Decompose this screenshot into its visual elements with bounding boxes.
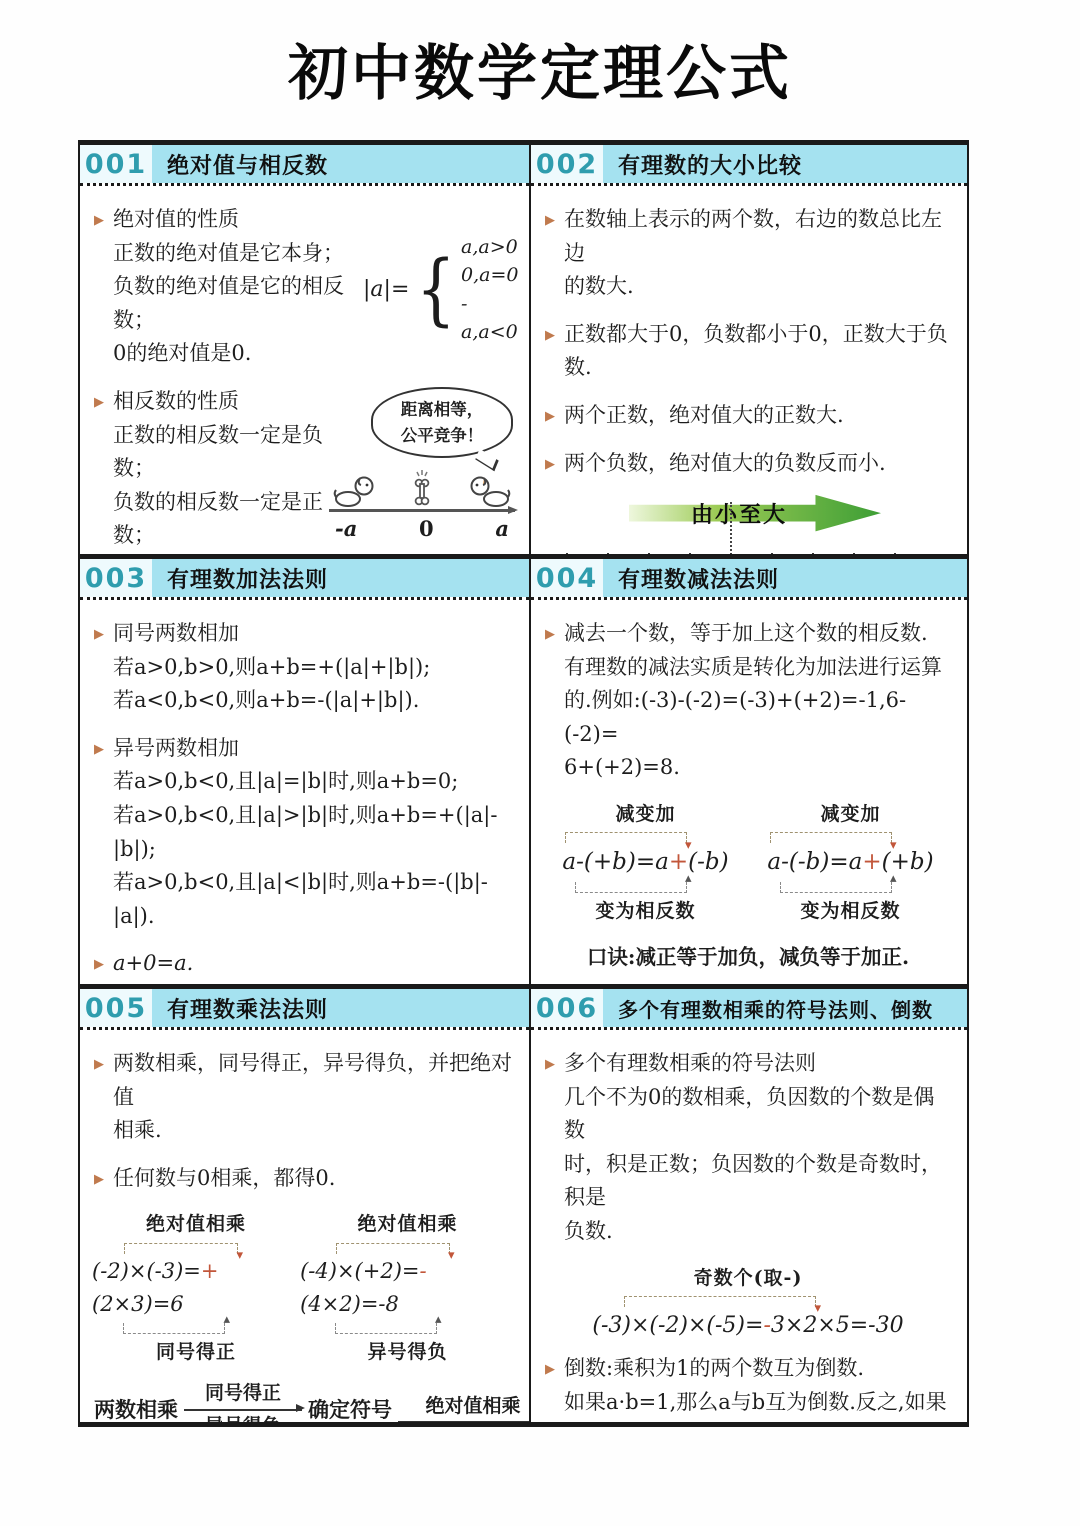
flow-mid: 确定符号 xyxy=(308,1393,392,1422)
highlighted-sign: + xyxy=(201,1259,219,1283)
zero-dotted-line xyxy=(730,502,732,554)
text-line: 异号两数相加 xyxy=(113,732,515,766)
tick-mark xyxy=(894,553,896,554)
green-arrow-label: 由小至大 xyxy=(691,498,787,533)
bullet-triangle-icon: ▶ xyxy=(94,740,104,934)
arrow-line-icon xyxy=(398,1421,531,1422)
formula-line: 如果a·b=1,那么a与b互为倒数.反之,如果 xyxy=(564,1386,953,1420)
bubble-text: 距离相等， xyxy=(383,397,501,423)
diagram-formula: (-3)×(-2)×(-5)=-3×2×5=-30 xyxy=(592,1308,903,1343)
formula-line: a+0=a. xyxy=(113,947,515,981)
label-zero: 0 xyxy=(419,512,434,546)
section-number: 002 xyxy=(531,145,603,183)
tick-mark xyxy=(648,553,650,554)
diagram-formula: a-(-b)=a+(+b) xyxy=(767,844,933,881)
flow-arrow-2: 绝对值相乘 xyxy=(398,1394,531,1422)
text-line: 减去一个数，等于加上这个数的相反数. xyxy=(564,617,953,651)
diagram-formula: (-2)×(-3)=+(2×3)=6 xyxy=(92,1255,300,1322)
bubble-text: 公平竞争！ xyxy=(383,423,501,449)
tick-mark xyxy=(566,553,568,554)
text-line: 同号两数相加 xyxy=(113,617,515,651)
down-arrow-icon: ▾ xyxy=(890,836,897,857)
bullet-item: ▶ 多个有理数相乘的符号法则 几个不为0的数相乘，负因数的个数是偶数 时，积是正… xyxy=(543,1047,953,1249)
label-a: a xyxy=(495,512,509,546)
down-arrow-icon: ▾ xyxy=(448,1246,455,1267)
section-004: 004 有理数减法法则 ▶ 减去一个数，等于加上这个数的相反数. 有理数的减法实… xyxy=(531,559,967,984)
text-line: 绝对值的性质 xyxy=(113,203,363,237)
text-line: 0的绝对值是0. xyxy=(113,337,363,371)
text-line: 两个负数，绝对值大的负数反而小. xyxy=(564,447,953,481)
bullet-triangle-icon: ▶ xyxy=(545,1055,555,1249)
text-line: 时，积是正数；负因数的个数是奇数时，积是 xyxy=(564,1148,953,1215)
dog-icon-right xyxy=(469,472,513,508)
bottom-bracket: ▴ xyxy=(123,1323,225,1334)
bullet-triangle-icon: ▶ xyxy=(94,393,104,554)
bullet-item: ▶ 相反数的性质 正数的相反数一定是负数； 负数的相反数一定是正数； 0的相反数… xyxy=(92,385,515,554)
dogs-and-bone-scene xyxy=(329,466,515,508)
diagram-diff-sign: 绝对值相乘 ▾ (-4)×(+2)=-(4×2)=-8 ▴ 异号得负 xyxy=(300,1209,515,1367)
formula-line: 6+(+2)=8. xyxy=(564,751,953,785)
bullet-triangle-icon: ▶ xyxy=(94,1170,104,1196)
bullet-triangle-icon: ▶ xyxy=(545,211,555,304)
section-003: 003 有理数加法法则 ▶ 同号两数相加 若a>0,b>0,则a+b=+(|a|… xyxy=(80,559,531,984)
arrow-bottom-label: 异号得负 xyxy=(205,1414,281,1422)
number-line xyxy=(329,509,515,512)
text-line: 任何数与0相乘，都得0. xyxy=(113,1162,515,1196)
diagram-bottom-label: 异号得负 xyxy=(368,1337,448,1367)
speech-bubble: 距离相等， 公平竞争！ xyxy=(371,387,513,458)
section-005-header: 005 有理数乘法法则 xyxy=(80,989,529,1030)
tick-mark xyxy=(689,553,691,554)
row-3: 005 有理数乘法法则 ▶ 两数相乘，同号得正，异号得负，并把绝对值 相乘. ▶… xyxy=(80,984,967,1422)
section-number: 003 xyxy=(80,559,152,597)
bullet-triangle-icon: ▶ xyxy=(94,955,104,981)
row-1: 001 绝对值与相反数 ▶ 绝对值的性质 正数的绝对值是它本身； 负数的绝对值是… xyxy=(80,140,967,554)
text-line: 有理数的减法实质是转化为加法进行运算 xyxy=(564,651,953,685)
text-line: 负数. xyxy=(564,1215,953,1249)
tick-mark xyxy=(730,553,732,554)
bullet-item: ▶ 两数相乘，同号得正，异号得负，并把绝对值 相乘. xyxy=(92,1047,515,1148)
dog-icon-left xyxy=(331,472,375,508)
bullet-triangle-icon: ▶ xyxy=(545,1360,555,1422)
section-001-content: ▶ 绝对值的性质 正数的绝对值是它本身； 负数的绝对值是它的相反数； 0的绝对值… xyxy=(80,186,529,554)
formula-line: 若a>0,b>0,则a+b=+(|a|+|b|); xyxy=(113,651,515,685)
section-005-content: ▶ 两数相乘，同号得正，异号得负，并把绝对值 相乘. ▶ 任何数与0相乘，都得0… xyxy=(80,1030,529,1422)
arrow-top-label: 绝对值相乘 xyxy=(425,1394,520,1419)
diagram-minus-plus-b: 减变加 ▾ a-(+b)=a+(-b) ▴ 变为相反数 xyxy=(562,799,728,927)
bullet-item: ▶ 倒数:乘积为1的两个数互为倒数. 如果a·b=1,那么a与b互为倒数.反之,… xyxy=(543,1352,953,1422)
tick-mark xyxy=(812,553,814,554)
text-line: 多个有理数相乘的符号法则 xyxy=(564,1047,953,1081)
text-line: 在数轴上表示的两个数，右边的数总比左边 xyxy=(564,203,953,270)
down-arrow-icon: ▾ xyxy=(814,1299,821,1320)
formula-grid: 001 绝对值与相反数 ▶ 绝对值的性质 正数的绝对值是它本身； 负数的绝对值是… xyxy=(78,140,969,1427)
diagram-bottom-label: 变为相反数 xyxy=(595,896,695,926)
bullet-item: ▶ 同号两数相加 若a>0,b>0,则a+b=+(|a|+|b|); 若a<0,… xyxy=(92,617,515,718)
section-number: 006 xyxy=(531,989,603,1027)
section-006: 006 多个有理数相乘的符号法则、倒数 ▶ 多个有理数相乘的符号法则 几个不为0… xyxy=(531,989,967,1422)
text-line: 的数大. xyxy=(564,270,953,304)
down-arrow-icon: ▾ xyxy=(237,1246,244,1267)
section-001-header: 001 绝对值与相反数 xyxy=(80,145,529,186)
arrow-top-label: 同号得正 xyxy=(205,1381,281,1406)
section-003-header: 003 有理数加法法则 xyxy=(80,559,529,600)
section-004-content: ▶ 减去一个数，等于加上这个数的相反数. 有理数的减法实质是转化为加法进行运算 … xyxy=(531,600,967,973)
bullet-triangle-icon: ▶ xyxy=(545,455,555,481)
bullet-triangle-icon: ▶ xyxy=(94,211,104,371)
top-bracket: ▾ xyxy=(124,1243,238,1254)
section-006-content: ▶ 多个有理数相乘的符号法则 几个不为0的数相乘，负因数的个数是偶数 时，积是正… xyxy=(531,1030,967,1422)
bullet-triangle-icon: ▶ xyxy=(94,625,104,718)
section-title: 有理数加法法则 xyxy=(152,559,529,597)
section-002-header: 002 有理数的大小比较 xyxy=(531,145,967,186)
diagram-formula: a-(+b)=a+(-b) xyxy=(562,844,728,881)
section-005: 005 有理数乘法法则 ▶ 两数相乘，同号得正，异号得负，并把绝对值 相乘. ▶… xyxy=(80,989,531,1422)
top-bracket: ▾ xyxy=(624,1296,816,1307)
multiplication-flow: 两数相乘 同号得正 异号得负 确定符号 绝对值相乘 xyxy=(94,1381,515,1422)
section-number: 001 xyxy=(80,145,152,183)
formula-line: 若a<0,b<0,则a+b=-(|a|+|b|). xyxy=(113,684,515,718)
bottom-bracket: ▴ xyxy=(780,882,892,893)
section-number: 004 xyxy=(531,559,603,597)
odd-negatives-diagram: 奇数个(取-) ▾ (-3)×(-2)×(-5)=-3×2×5=-30 xyxy=(543,1263,953,1344)
case-line: -a,a<0 xyxy=(461,290,518,347)
section-001: 001 绝对值与相反数 ▶ 绝对值的性质 正数的绝对值是它本身； 负数的绝对值是… xyxy=(80,145,531,554)
bullet-item: ▶ 减去一个数，等于加上这个数的相反数. 有理数的减法实质是转化为加法进行运算 … xyxy=(543,617,953,785)
formula-line: a与b互为倒数,那么a·b=1. xyxy=(564,1419,953,1422)
text-line: 正数的相反数一定是负数； xyxy=(113,419,329,486)
seesaw-illustration: 距离相等， 公平竞争！ xyxy=(329,385,515,554)
bullet-item: ▶ 异号两数相加 若a>0,b<0,且|a|=|b|时,则a+b=0; 若a>0… xyxy=(92,732,515,934)
bullet-item: ▶ 任何数与0相乘，都得0. xyxy=(92,1162,515,1196)
bullet-triangle-icon: ▶ xyxy=(545,407,555,433)
section-title: 绝对值与相反数 xyxy=(152,145,529,183)
text-line: 正数都大于0，负数都小于0，正数大于负数. xyxy=(564,318,953,385)
number-line-labels: -a 0 a xyxy=(329,512,515,546)
text-line: 0的相反数仍是0. xyxy=(113,553,329,554)
section-002: 002 有理数的大小比较 ▶ 在数轴上表示的两个数，右边的数总比左边 的数大. … xyxy=(531,145,967,554)
up-arrow-icon: ▴ xyxy=(890,869,897,890)
formula-lhs: |a|= xyxy=(363,272,409,307)
label-neg-a: -a xyxy=(335,512,357,546)
diagram-top-label: 绝对值相乘 xyxy=(358,1209,458,1239)
bullet-triangle-icon: ▶ xyxy=(545,326,555,385)
section-title: 有理数减法法则 xyxy=(603,559,967,597)
diagram-top-label: 减变加 xyxy=(615,799,675,829)
formula-line: 若a>0,b<0,且|a|=|b|时,则a+b=0; xyxy=(113,765,515,799)
diagram-minus-minus-b: 减变加 ▾ a-(-b)=a+(+b) ▴ 变为相反数 xyxy=(767,799,933,927)
up-arrow-icon: ▴ xyxy=(685,869,692,890)
text-line: 负数的绝对值是它的相反数； xyxy=(113,270,363,337)
section-002-content: ▶ 在数轴上表示的两个数，右边的数总比左边 的数大. ▶ 正数都大于0，负数都小… xyxy=(531,186,967,554)
text-line: 几个不为0的数相乘，负因数的个数是偶数 xyxy=(564,1081,953,1148)
text-line: 正数的绝对值是它本身； xyxy=(113,237,363,271)
top-bracket: ▾ xyxy=(336,1243,450,1254)
text-line: 两数相乘，同号得正，异号得负，并把绝对值 xyxy=(113,1047,515,1114)
highlighted-sign: - xyxy=(763,1313,770,1338)
flow-start: 两数相乘 xyxy=(94,1393,178,1422)
text-line: 相乘. xyxy=(113,1114,515,1148)
bullet-item: ▶ 正数都大于0，负数都小于0，正数大于负数. xyxy=(543,318,953,385)
tick-mark xyxy=(853,553,855,554)
row-2: 003 有理数加法法则 ▶ 同号两数相加 若a>0,b>0,则a+b=+(|a|… xyxy=(80,554,967,984)
formula-line: 若a>0,b<0,且|a|<|b|时,则a+b=-(|b|-|a|). xyxy=(113,866,515,933)
bullet-triangle-icon: ▶ xyxy=(545,625,555,785)
down-arrow-icon: ▾ xyxy=(685,836,692,857)
formula-line: 的.例如:(-3)-(-2)=(-3)+(+2)=-1,6-(-2)= xyxy=(564,684,953,751)
number-line-illustration: 由小至大 -4 -3 xyxy=(543,494,953,554)
case-line: 0,a=0 xyxy=(461,261,518,290)
section-006-header: 006 多个有理数相乘的符号法则、倒数 xyxy=(531,989,967,1030)
multiplication-diagrams: 绝对值相乘 ▾ (-2)×(-3)=+(2×3)=6 ▴ 同号得正 绝对值相乘 … xyxy=(92,1209,515,1367)
bullet-item: ▶ a+0=a. xyxy=(92,947,515,981)
text-line: 负数的相反数一定是正数； xyxy=(113,486,329,553)
section-004-header: 004 有理数减法法则 xyxy=(531,559,967,600)
diagram-same-sign: 绝对值相乘 ▾ (-2)×(-3)=+(2×3)=6 ▴ 同号得正 xyxy=(92,1209,300,1367)
section-title: 有理数乘法法则 xyxy=(152,989,529,1027)
section-number: 005 xyxy=(80,989,152,1027)
subtraction-diagrams: 减变加 ▾ a-(+b)=a+(-b) ▴ 变为相反数 减变加 ▾ a-(-b)… xyxy=(543,799,953,927)
diagram-formula: (-4)×(+2)=-(4×2)=-8 xyxy=(300,1255,515,1322)
tick-mark xyxy=(771,553,773,554)
diagram-top-label: 奇数个(取-) xyxy=(694,1263,803,1293)
bullet-item: ▶ 在数轴上表示的两个数，右边的数总比左边 的数大. xyxy=(543,203,953,304)
up-arrow-icon: ▴ xyxy=(435,1310,442,1331)
section-title: 多个有理数相乘的符号法则、倒数 xyxy=(603,989,967,1027)
arrow-line-icon xyxy=(184,1409,302,1411)
highlighted-sign: + xyxy=(862,849,881,875)
bullet-item: ▶ 两个负数，绝对值大的负数反而小. xyxy=(543,447,953,481)
bottom-bracket: ▴ xyxy=(575,882,687,893)
flow-arrow-1: 同号得正 异号得负 xyxy=(184,1381,302,1422)
mnemonic-line: 口诀:减正等于加负，减负等于加正. xyxy=(543,941,953,974)
diagram-bottom-label: 变为相反数 xyxy=(800,896,900,926)
section-title: 有理数的大小比较 xyxy=(603,145,967,183)
text-line: 相反数的性质 xyxy=(113,385,329,419)
bullet-triangle-icon: ▶ xyxy=(94,1055,104,1148)
bullet-item: ▶ 绝对值的性质 正数的绝对值是它本身； 负数的绝对值是它的相反数； 0的绝对值… xyxy=(92,203,515,371)
highlighted-sign: - xyxy=(420,1259,427,1283)
diagram-top-label: 减变加 xyxy=(820,799,880,829)
case-line: a,a>0 xyxy=(461,233,518,262)
diagram-bottom-label: 同号得正 xyxy=(156,1337,236,1367)
top-bracket: ▾ xyxy=(565,832,687,843)
bone-icon xyxy=(411,470,433,508)
text-line: 倒数:乘积为1的两个数互为倒数. xyxy=(564,1352,953,1386)
bottom-bracket: ▴ xyxy=(335,1323,437,1334)
absolute-value-piecewise-formula: |a|= { a,a>0 0,a=0 -a,a<0 xyxy=(363,209,515,371)
formula-line: 若a>0,b<0,且|a|>|b|时,则a+b=+(|a|-|b|); xyxy=(113,799,515,866)
up-arrow-icon: ▴ xyxy=(224,1310,231,1331)
bullet-item: ▶ 两个正数，绝对值大的正数大. xyxy=(543,399,953,433)
tick-mark xyxy=(607,553,609,554)
page-title: 初中数学定理公式 xyxy=(0,26,1080,112)
top-bracket: ▾ xyxy=(770,832,892,843)
text-line: 两个正数，绝对值大的正数大. xyxy=(564,399,953,433)
number-axis: -4 -3 -2 -1 0 +1 +2 +3 +4 负数 正数 xyxy=(547,548,951,554)
diagram-top-label: 绝对值相乘 xyxy=(146,1209,246,1239)
section-003-content: ▶ 同号两数相加 若a>0,b>0,则a+b=+(|a|+|b|); 若a<0,… xyxy=(80,600,529,981)
brace-glyph: { xyxy=(416,255,456,325)
